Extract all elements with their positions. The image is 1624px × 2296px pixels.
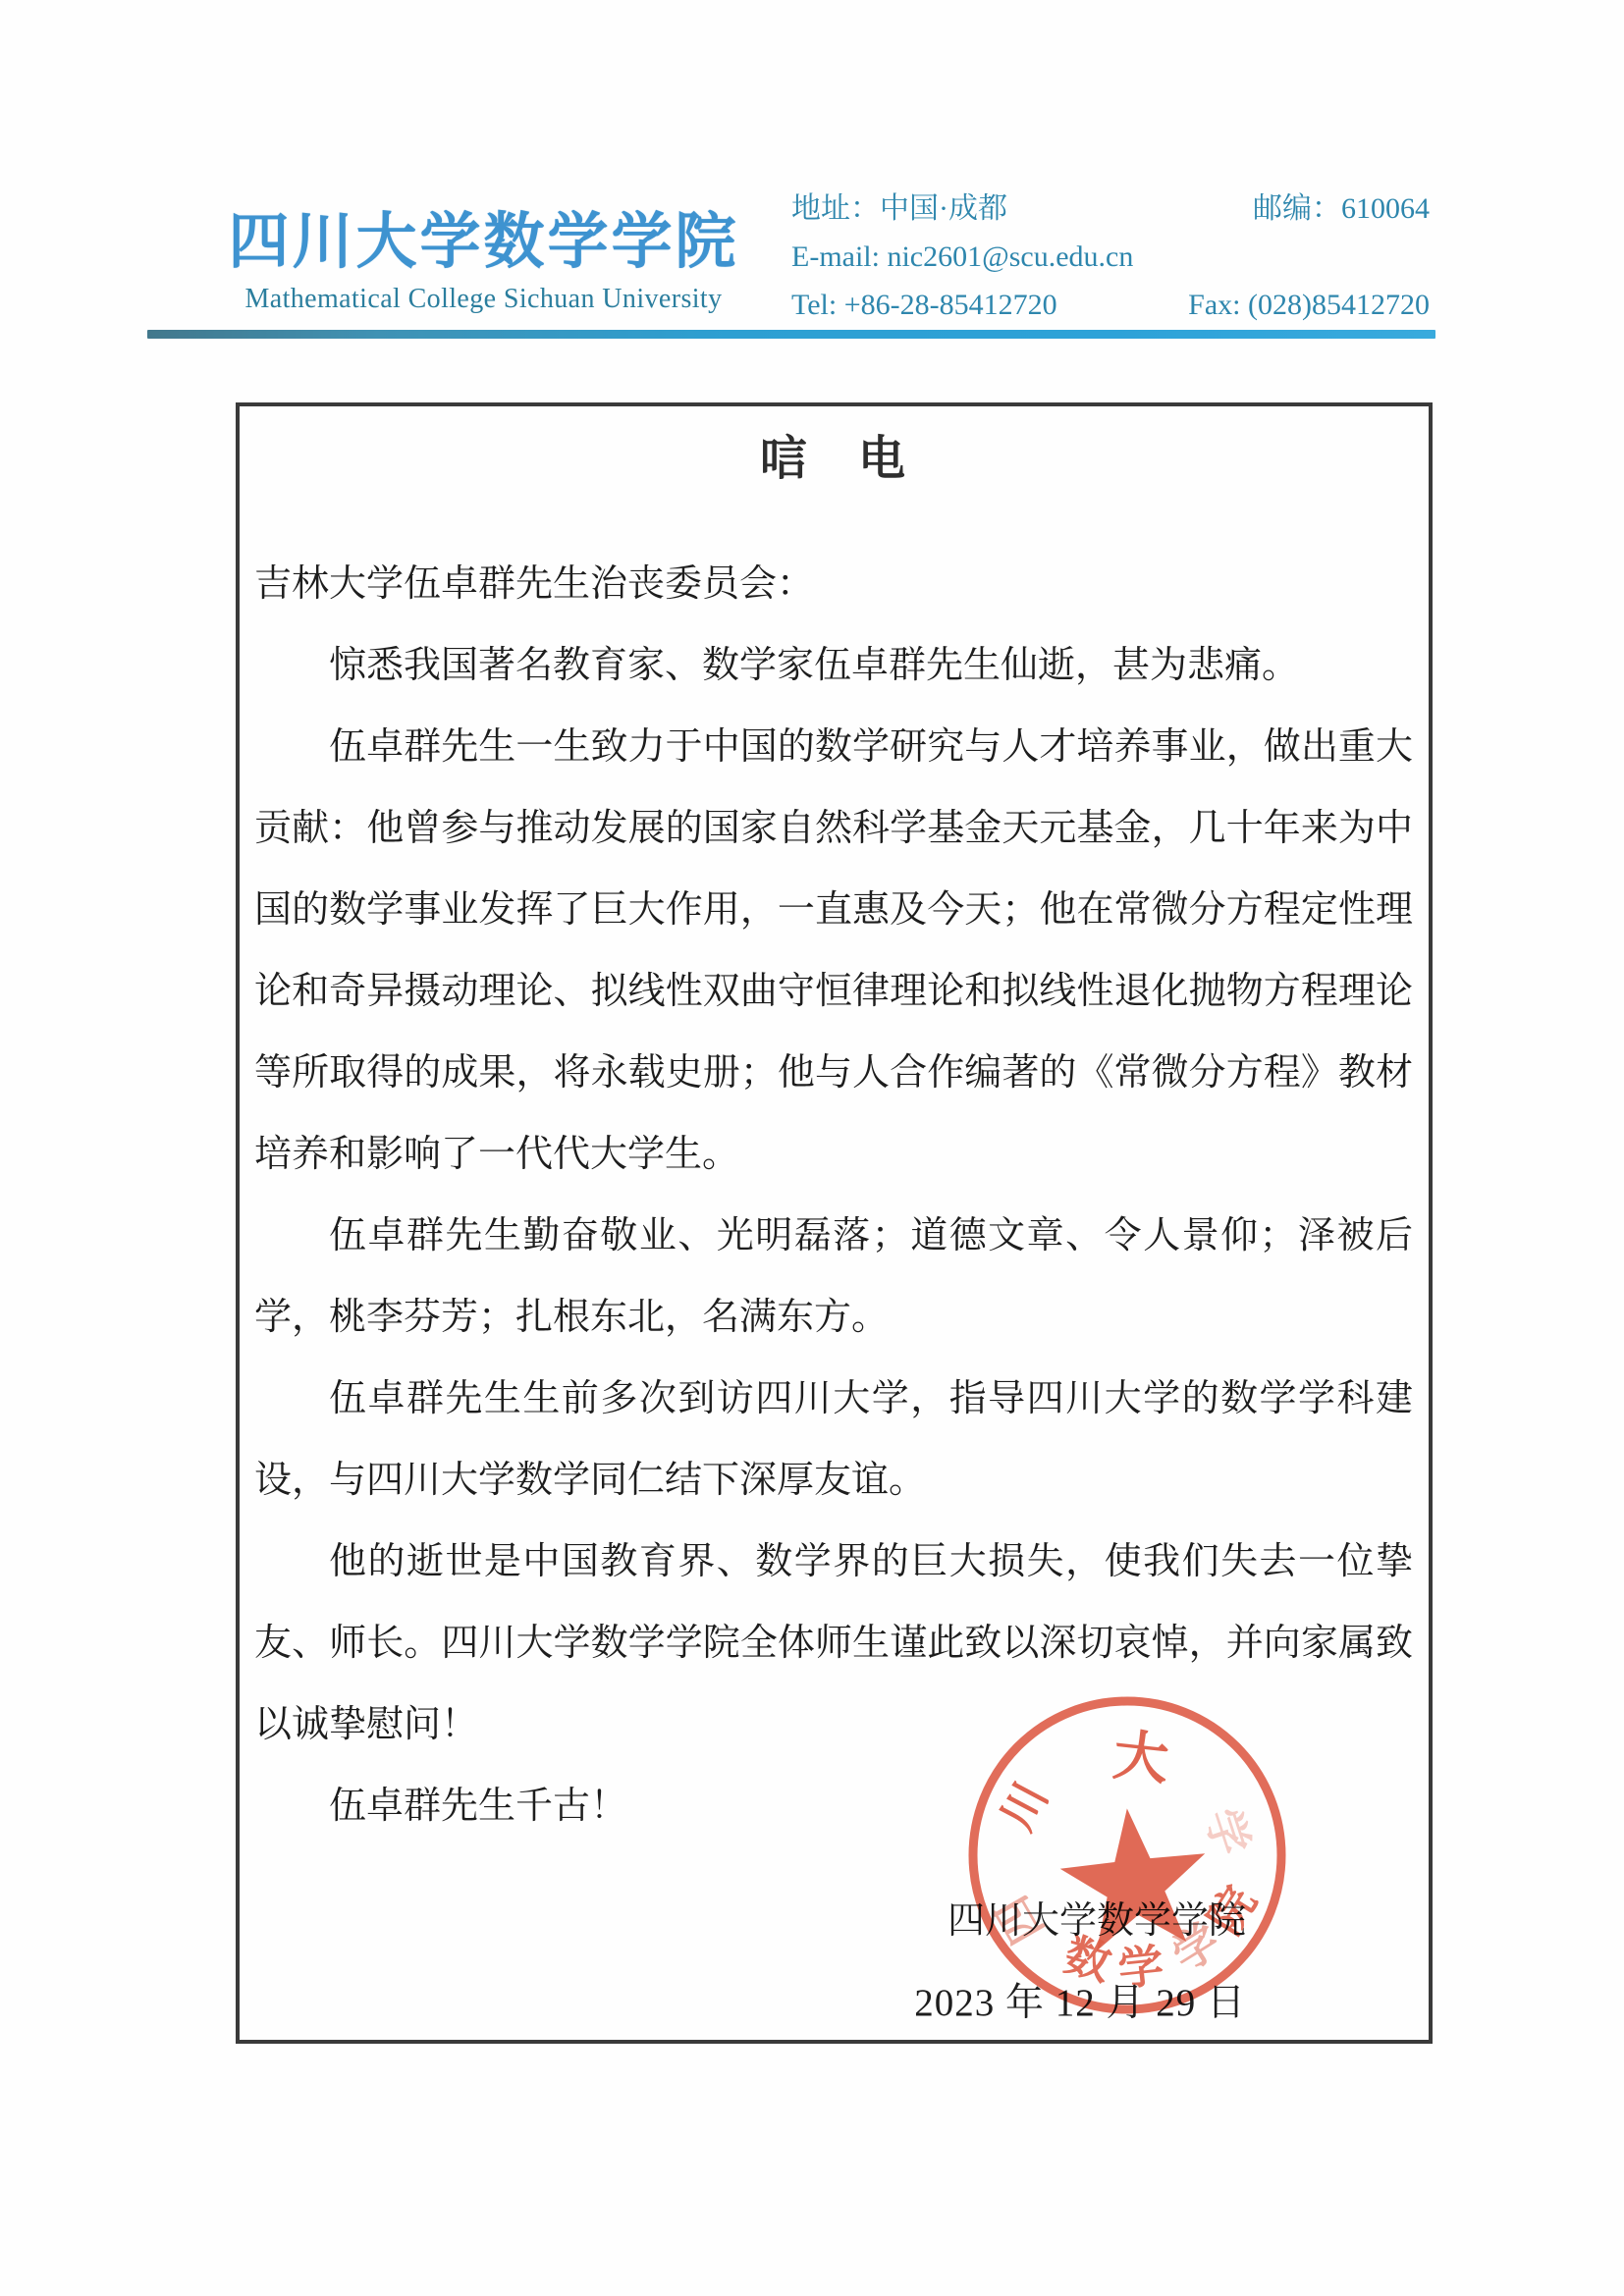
paragraph: 伍卓群先生千古！	[254, 1766, 1413, 1847]
header-divider	[147, 330, 1435, 339]
letter-title: 唁 电	[254, 432, 1413, 487]
org-name-cn: 四川大学数学学院	[201, 192, 766, 280]
email-label: E-mail: nic2601@scu.edu.cn	[791, 233, 1133, 281]
paragraph: 伍卓群先生一生致力于中国的数学研究与人才培养事业，做出重大贡献：他曾参与推动发展…	[254, 707, 1413, 1196]
paragraph: 伍卓群先生勤奋敬业、光明磊落；道德文章、令人景仰；泽被后学，桃李芬芳；扎根东北，…	[254, 1196, 1413, 1359]
address-label: 地址：中国·成都	[791, 185, 1007, 233]
salutation: 吉林大学伍卓群先生治丧委员会：	[254, 544, 1413, 625]
org-logo: 四川大学数学学院 Mathematical College Sichuan Un…	[201, 192, 766, 315]
letter-body: 吉林大学伍卓群先生治丧委员会： 惊悉我国著名教育家、数学家伍卓群先生仙逝，甚为悲…	[254, 544, 1413, 1847]
contact-row-email: E-mail: nic2601@scu.edu.cn	[791, 233, 1430, 281]
paragraph: 他的逝世是中国教育界、数学界的巨大损失，使我们失去一位挚友、师长。四川大学数学学…	[254, 1522, 1413, 1766]
paragraph: 伍卓群先生生前多次到访四川大学，指导四川大学的数学学科建设，与四川大学数学同仁结…	[254, 1359, 1413, 1522]
postcode-label: 邮编：610064	[1253, 185, 1430, 233]
org-name-en: Mathematical College Sichuan University	[201, 284, 766, 315]
signature: 四川大学数学学院	[254, 1881, 1246, 1962]
contact-info: 地址：中国·成都 邮编：610064 E-mail: nic2601@scu.e…	[791, 185, 1430, 329]
paragraph: 惊悉我国著名教育家、数学家伍卓群先生仙逝，甚为悲痛。	[254, 625, 1413, 707]
contact-row-address: 地址：中国·成都 邮编：610064	[791, 185, 1430, 233]
letterhead: 四川大学数学学院 Mathematical College Sichuan Un…	[0, 0, 1624, 353]
letter-date: 2023 年 12 月 29 日	[254, 1962, 1246, 2044]
contact-row-telfax: Tel: +86-28-85412720 Fax: (028)85412720	[791, 281, 1430, 329]
letter-frame: 唁 电 吉林大学伍卓群先生治丧委员会： 惊悉我国著名教育家、数学家伍卓群先生仙逝…	[236, 402, 1433, 2044]
tel-label: Tel: +86-28-85412720	[791, 281, 1057, 329]
letter-page: 四川大学数学学院 Mathematical College Sichuan Un…	[0, 0, 1624, 2296]
signature-block: 四川大学数学学院 2023 年 12 月 29 日	[254, 1881, 1413, 2044]
fax-label: Fax: (028)85412720	[1188, 281, 1430, 329]
